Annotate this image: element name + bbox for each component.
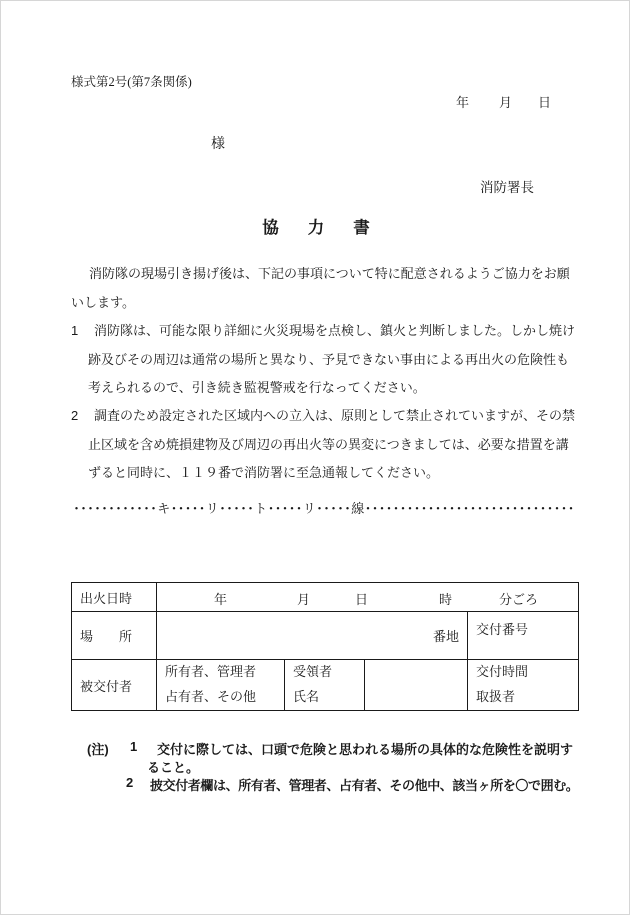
name-label: 氏名 <box>293 689 364 705</box>
address-suffix-label: 番地 <box>433 626 459 645</box>
table-row-recipient: 被交付者 所有者、管理者 占有者、その他 受領者 氏名 交付時間 取扱者 <box>72 660 578 710</box>
field-year-label: 年 <box>214 589 227 608</box>
fire-datetime-field: 年 月 日 時 分ごろ <box>157 583 578 611</box>
recipient-category-cell: 所有者、管理者 占有者、その他 <box>157 660 285 710</box>
addressee-suffix: 様 <box>211 133 225 153</box>
sender-title: 消防署長 <box>480 176 534 196</box>
page-title: 協力書 <box>1 214 630 238</box>
table-row-fire-datetime: 出火日時 年 月 日 時 分ごろ <box>72 583 578 612</box>
notes-mark: (注) <box>87 739 109 758</box>
fire-datetime-label: 出火日時 <box>72 583 157 611</box>
location-label-text: 場所 <box>80 626 158 645</box>
note-1-number: 1 <box>130 739 137 754</box>
note-1-line-1: 交付に際しては、口頭で危険と思われる場所の具体的な危険性を説明す <box>157 739 573 758</box>
field-day-label: 日 <box>355 589 368 608</box>
list-item-2: 2調査のため設定された区域内への立入は、原則として禁止されていますが、その禁 止… <box>71 402 585 488</box>
issue-time-cell: 交付時間 取扱者 <box>468 660 578 710</box>
recipient-label: 被交付者 <box>72 660 157 710</box>
location-label: 場所 <box>72 612 157 659</box>
handler-label: 取扱者 <box>476 689 578 705</box>
date-month-label: 月 <box>499 92 512 111</box>
table-row-location: 場所 番地 交付番号 <box>72 612 578 660</box>
item-1-line-2: 跡及びその周辺は通常の場所と異なり、予見できない事由による再出火の危険性も <box>71 346 585 375</box>
note-1-line-2: ること。 <box>147 757 199 776</box>
list-item-1: 1消防隊は、可能な限り詳細に火災現場を点検し、鎮火と判断しました。しかし焼け 跡… <box>71 317 585 403</box>
item-2-line-3: ずると同時に、１１９番で消防署に至急通報してください。 <box>71 459 585 488</box>
issue-number-cell: 交付番号 <box>468 612 578 659</box>
date-year-label: 年 <box>456 92 469 111</box>
item-1-number: 1 <box>71 317 94 346</box>
field-minute-label: 分ごろ <box>499 589 538 608</box>
form-table: 出火日時 年 月 日 時 分ごろ 場所 番地 交付番号 被交付者 所有者、管理者… <box>71 582 579 711</box>
date-day-label: 日 <box>538 92 551 111</box>
field-month-label: 月 <box>297 589 310 608</box>
item-1-line-3: 考えられるので、引き続き監視警戒を行なってください。 <box>71 374 585 403</box>
receiver-label: 受領者 <box>293 664 364 680</box>
intro-paragraph: 消防隊の現場引き揚げ後は、下記の事項について特に配意されるようご協力をお願 いし… <box>71 260 585 317</box>
issue-time-label: 交付時間 <box>476 664 578 680</box>
intro-line-2: いします。 <box>71 289 585 318</box>
form-number: 様式第2号(第7条関係) <box>71 72 192 90</box>
item-2-line-2: 止区域を含め焼損建物及び周辺の再出火等の異変につきましては、必要な措置を講 <box>71 431 585 460</box>
cut-here-dotted-line: ････････････キ･････リ･････ト･････リ･････線･･･… <box>71 498 577 517</box>
category-line-2: 占有者、その他 <box>165 689 284 705</box>
note-2-number: 2 <box>126 775 133 790</box>
note-2-text: 披交付者欄は、所有者、管理者、占有者、その他中、該当ヶ所を〇で囲む。 <box>150 775 578 794</box>
signature-blank-cell <box>365 660 468 710</box>
item-2-line-1: 調査のため設定された区域内への立入は、原則として禁止されていますが、その禁 <box>94 408 575 423</box>
item-1-line-1: 消防隊は、可能な限り詳細に火災現場を点検し、鎮火と判断しました。しかし焼け <box>94 323 575 338</box>
category-line-1: 所有者、管理者 <box>165 664 284 680</box>
field-hour-label: 時 <box>439 589 452 608</box>
location-field: 番地 <box>157 612 468 659</box>
receiver-name-cell: 受領者 氏名 <box>285 660 365 710</box>
item-2-number: 2 <box>71 402 94 431</box>
intro-line-1: 消防隊の現場引き揚げ後は、下記の事項について特に配意されるようご協力をお願 <box>71 260 585 289</box>
document-page: 様式第2号(第7条関係) 年 月 日 様 消防署長 協力書 消防隊の現場引き揚げ… <box>0 0 630 915</box>
